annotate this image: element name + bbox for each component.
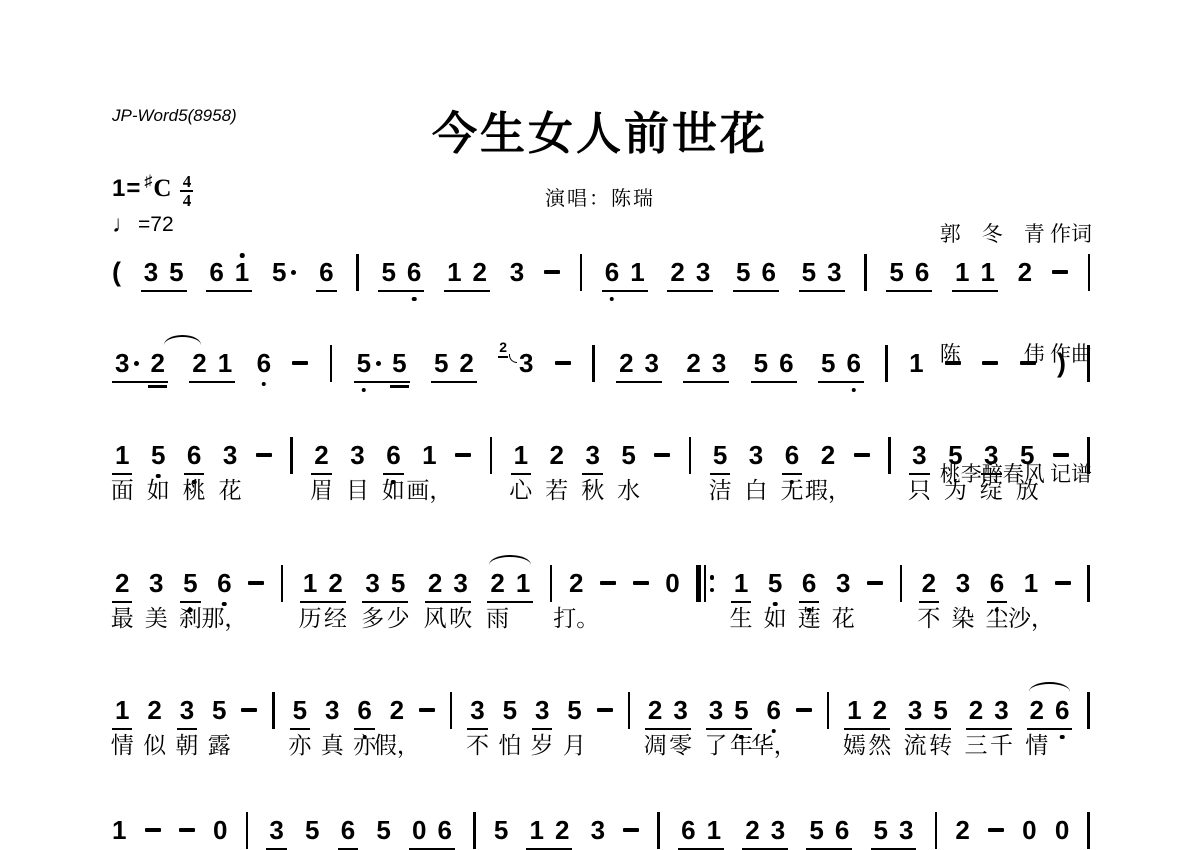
duration-dash [623,828,639,832]
note-digit: 5 [392,348,406,378]
beam-group: 53 [799,257,845,292]
note: 5 [889,257,903,287]
duration-dash [1053,453,1069,457]
beam-group: 1情 [112,695,132,730]
note-digit: 1 [734,568,748,598]
note: 2不 [922,568,936,598]
note-digit: 2 [619,348,633,378]
beam-group: 12 [526,815,572,850]
note: 2似 [147,695,161,725]
beam-group: 6桃 [184,440,204,475]
note-digit: 1 [630,257,644,287]
note-digit: 1 [529,815,543,845]
note-digit: 3 [350,440,364,470]
beam-group: 35 [141,257,187,292]
lyric: 三 [964,733,987,758]
beam-group: 06 [409,815,455,850]
note: 5 [874,815,888,845]
note: 3染 [956,568,970,598]
note-digit: 5 [889,257,903,287]
barline [450,692,453,729]
note-digit: 6 [779,348,793,378]
note-digit: 3 [696,257,710,287]
note-digit: 6 [209,257,223,287]
note: 2然 [873,695,887,725]
lyric: 眉 [310,478,333,503]
note-digit: 5 [754,348,768,378]
lyric: 华， [751,733,797,758]
barline [1087,345,1090,382]
note-digit: 5 [802,257,816,287]
barline [689,437,692,474]
duration-dash [555,361,571,365]
note-digit: 2 [648,695,662,725]
note: 3 [269,815,283,845]
note: 5 [754,348,768,378]
lyric: 年 [730,733,753,758]
note: 1 [218,348,232,378]
lyric: 那， [201,606,247,631]
note: 1 [981,257,995,287]
beam-group: 6莲 [799,568,819,603]
lyric: 水 [617,478,640,503]
beam-group: 1嫣2然 [844,695,890,730]
note-digit: 6 [341,815,355,845]
credit-row-lyricist: 郭 冬 青 作词 [940,214,1092,254]
beam-group: 2眉 [311,440,331,475]
note: 3 [827,257,841,287]
beam-group: 21 [189,348,235,383]
barline [290,437,293,474]
note-digit: 1 [447,257,461,287]
beam-group: 6 [316,257,336,292]
beam-group: 6亦 [354,695,374,730]
note: 6 [257,348,271,378]
note: 6 [835,815,849,845]
lyric: 如 [147,478,170,503]
note: 3零 [673,695,687,725]
note: 2三 [969,695,983,725]
duration-dash [455,453,471,457]
augmentation-dot [134,361,139,366]
beam-group: 2风3吹 [425,568,471,603]
duration-dash [982,361,998,365]
note: 5如 [768,568,782,598]
rest-note: 0 [213,815,227,845]
credit-name: 郭 冬 青 [940,222,1045,246]
beam-group: 53 [871,815,917,850]
duration-dash [945,361,961,365]
duration-dash [256,453,272,457]
barline [550,565,553,602]
lyric: 白 [745,478,768,503]
note-digit: 2 [192,348,206,378]
lyric: 无 [780,478,803,503]
note-digit: 3 [115,348,129,378]
note: 2打。 [569,568,583,598]
note-digit: 3 [994,695,1008,725]
note-digit: 2 [555,815,569,845]
note: 5 [821,348,835,378]
note-digit: 1 [707,815,721,845]
tempo-value: =72 [138,213,174,237]
note: 5水 [621,440,635,470]
beam-group: 5刹 [180,568,200,603]
note-digit: 3 [984,440,998,470]
note-digit: 3 [453,568,467,598]
key-signature: 1= ♯ C 4 4 [112,172,193,206]
note-digit: 6 [319,257,333,287]
lyric: 似 [143,733,166,758]
key-prefix: 1= [112,175,141,203]
beam-group: 3流5转 [905,695,951,730]
note: 6尘 [990,568,1004,598]
note: 3 [591,815,605,845]
open-paren: ( [112,257,121,287]
lyric: 然 [868,733,891,758]
note-digit: 3 [325,695,339,725]
note: 5 [357,348,381,378]
duration-dash [867,581,883,585]
rest-note: 0 [1055,815,1069,845]
note-digit: 6 [217,568,231,598]
note: 3千 [994,695,1008,725]
note: 6 [209,257,223,287]
note: 3绽 [984,440,998,470]
note: 3真 [325,695,339,725]
lyric: 流 [904,733,927,758]
repeat-dots [710,565,715,602]
close-paren: ) [1057,348,1066,378]
note-digit: 1 [115,440,129,470]
note-digit: 6 [761,257,775,287]
beam-group: 23 [667,257,713,292]
note-digit: 5 [293,695,307,725]
beam-group: 3不 [467,695,487,730]
beam-group: 56 [751,348,797,383]
note-digit: 5 [567,695,581,725]
beam-group: 3岁 [532,695,552,730]
note: 6 [846,348,860,378]
note: 23 [498,348,533,378]
note-digit: 5 [948,440,962,470]
note: 6无 [785,440,799,470]
duration-dash [854,453,870,457]
slur-arc [489,555,531,567]
barline [1087,437,1090,474]
repeat-thin-bar [704,565,706,602]
score-line: 2最3美5刹6那，1历2经3多5少2风3吹2雨12打。01生5如6莲3花2不3染… [112,568,1090,603]
lyric: 了 [704,733,727,758]
note: 1画， [422,440,436,470]
lyric: 吹 [449,606,472,631]
lyric: 真 [321,733,344,758]
note: 6桃 [187,440,201,470]
note: 1历 [303,568,317,598]
barline [864,254,867,291]
score-line: 1面5如6桃3花2眉3目6如1画，1心2若3秋5水5洁3白6无2瑕，3只5为3绽… [112,440,1090,475]
note-digit: 5 [874,815,888,845]
note-digit: 3 [749,440,763,470]
beam-group: 3绽 [981,440,1001,475]
beam-group: 6如 [383,440,403,475]
barline [356,254,359,291]
note-digit: 6 [846,348,860,378]
beam-group: 1心 [511,440,531,475]
note-digit: 3 [519,348,533,378]
note: 6 [437,815,451,845]
note: 1生 [734,568,748,598]
note-digit: 2 [1030,695,1044,725]
beam-group: 56 [733,257,779,292]
duration-dash [796,708,812,712]
beam-group: 32 [112,348,168,383]
score-line: (356156561236123565356112 [112,257,1090,292]
beam-group: 61 [678,815,724,850]
lyric: 露 [208,733,231,758]
note-digit: 2 [550,440,564,470]
note-digit: 5 [357,348,371,378]
note: 6如 [386,440,400,470]
note: 3花 [836,568,850,598]
note-digit: 0 [412,815,426,845]
note-digit: 5 [183,568,197,598]
note-digit: 5 [212,695,226,725]
barline [900,565,903,602]
note-digit: 6 [386,440,400,470]
barline [827,692,830,729]
note-digit: 2 [115,568,129,598]
lyric: 若 [545,478,568,503]
note: 2情 [1030,695,1044,725]
lyric: 经 [324,606,347,631]
time-signature: 4 4 [180,174,193,208]
note-digit: 6 [681,815,695,845]
note-digit: 2 [314,440,328,470]
rest-note: 0 [1022,815,1036,845]
note-digit: 5 [376,815,390,845]
lyric: 多 [361,606,384,631]
duration-dash [145,828,161,832]
note: 5 [494,815,508,845]
meter-denominator: 4 [183,193,192,208]
note: 1 [955,257,969,287]
note: 5刹 [183,568,197,598]
note-digit: 6 [1055,695,1069,725]
beam-group: 61 [206,257,252,292]
note-digit: 3 [956,568,970,598]
note: 5少 [391,568,405,598]
note-digit: 5 [381,257,395,287]
note: 5转 [933,695,947,725]
note-digit: 5 [933,695,947,725]
note: 2经 [328,568,342,598]
lyric: 不 [917,606,940,631]
barline [1087,812,1090,849]
lyric: 桃 [183,478,206,503]
lyric: 洁 [709,478,732,503]
beam-group: 5洁 [710,440,730,475]
note: 3 [115,348,139,378]
note: 3 [144,257,158,287]
note-digit: 2 [745,815,759,845]
note: 1 [447,257,461,287]
note-digit: 2 [473,257,487,287]
note: 3流 [908,695,922,725]
note-digit: 2 [459,348,473,378]
beam-group: 2最 [112,568,132,603]
lyric: 放 [1016,478,1039,503]
lyric: 最 [111,606,134,631]
beam-group: 2不 [919,568,939,603]
lyric: 面 [111,478,134,503]
beam-group: 56 [806,815,852,850]
note: 3花 [223,440,237,470]
note-digit: 2 [955,815,969,845]
note-digit: 3 [899,815,913,845]
note: 2雨 [490,568,504,598]
note-digit: 5 [272,257,286,287]
note: 1心 [514,440,528,470]
lyric: 历 [299,606,322,631]
lyric: 朝 [175,733,198,758]
lyric: 花 [219,478,242,503]
lyric: 画， [406,478,452,503]
note-digit: 6 [187,440,201,470]
note-digit: 1 [909,348,923,378]
tempo: ♩ =72 [112,211,174,239]
note-digit: 3 [510,257,524,287]
beam-group: 5亦 [290,695,310,730]
lyric: 美 [145,606,168,631]
beam-group: 61 [602,257,648,292]
note-digit: 5 [736,257,750,287]
note-digit: 3 [836,568,850,598]
barline [657,812,660,849]
duration-dash [654,453,670,457]
note: 5 [434,348,448,378]
note-digit: 3 [912,440,926,470]
note: 1 [630,257,644,287]
lyric: 秋 [581,478,604,503]
note-digit: 2 [969,695,983,725]
lyric: 凋 [644,733,667,758]
note-digit: 3 [771,815,785,845]
note-digit: 3 [535,695,549,725]
beam-group: 1历2经 [300,568,346,603]
beam-group: 1面 [112,440,132,475]
duration-dash [419,708,435,712]
note-digit: 6 [990,568,1004,598]
duration-dash [544,270,560,274]
note: 3白 [749,440,763,470]
beam-group: 23 [616,348,662,383]
note-digit: 1 [218,348,232,378]
beam-group: 52 [431,348,477,383]
note: 3 [899,815,913,845]
note-digit: 2 [1018,257,1032,287]
note-digit: 3 [149,568,163,598]
lyric: 不 [466,733,489,758]
note-digit: 2 [147,695,161,725]
lyric: 怕 [498,733,521,758]
note-digit: 0 [213,815,227,845]
lyric: 染 [951,606,974,631]
note: 1面 [115,440,129,470]
barline [281,565,284,602]
beam-group: 6无 [782,440,802,475]
lyric: 假， [374,733,420,758]
note: 3吹 [453,568,467,598]
beam-group: 56 [378,257,424,292]
barline [1087,565,1090,602]
note: 2 [150,348,164,378]
note: 3 [771,815,785,845]
note: 6 [1055,695,1069,725]
note-digit: 3 [673,695,687,725]
repeat-dot [710,575,715,580]
note: 5 [272,257,296,287]
beam-group: 3多5少 [362,568,408,603]
barline [473,812,476,849]
note-digit: 6 [767,695,781,725]
note: 5 [169,257,183,287]
note-digit: 5 [391,568,405,598]
beam-group: 23 [683,348,729,383]
note-digit: 3 [712,348,726,378]
lyric: 花 [832,606,855,631]
note-digit: 6 [605,257,619,287]
note: 5为 [948,440,962,470]
barline [246,812,249,849]
lyric: 嫣 [843,733,866,758]
lyric: 绽 [980,478,1003,503]
beam-group: 23 [742,815,788,850]
beam-group: 11 [952,257,998,292]
lyric: 只 [908,478,931,503]
note: 2假， [390,695,404,725]
note: 5 [305,815,319,845]
duration-dash [1052,270,1068,274]
beam-group: 2情6 [1027,695,1073,730]
repeat-start-sign [696,565,714,602]
score-line: 32216555223232356561) [112,348,1090,383]
barline [580,254,583,291]
barline [592,345,595,382]
note-digit: 5 [809,815,823,845]
note: 5 [381,257,395,287]
note: 6 [319,257,333,287]
score-line: 1情2似3朝5露5亦3真6亦2假，3不5怕3岁5月2凋3零3了5年6华，1嫣2然… [112,695,1090,730]
grace-digit: 2 [498,339,508,358]
note: 6华， [767,695,781,725]
note: 5露 [212,695,226,725]
note: 5年 [734,695,748,725]
note: 5如 [151,440,165,470]
lyric: 生 [730,606,753,631]
lyric: 亦 [353,733,376,758]
note-digit: 2 [922,568,936,598]
note: 1 [909,348,923,378]
barline [330,345,333,382]
slur-arc [1029,682,1071,694]
note: 1 [112,815,126,845]
note-digit: 5 [151,440,165,470]
duration-dash [1055,581,1071,585]
note-digit: 2 [670,257,684,287]
beam-group: 56 [818,348,864,383]
note: 5亦 [293,695,307,725]
